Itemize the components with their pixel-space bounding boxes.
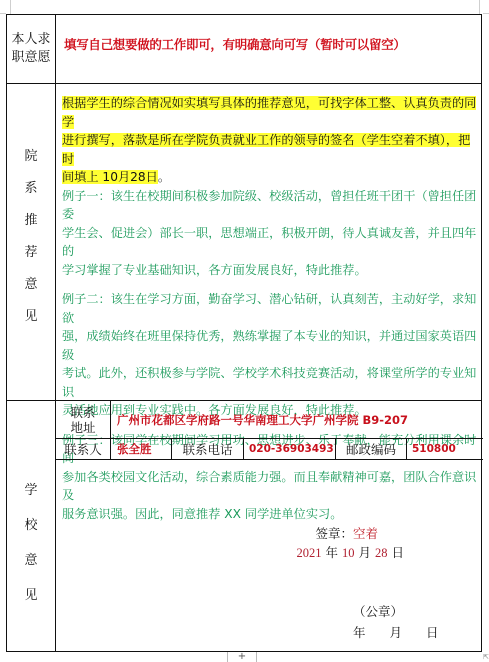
example-line: 学习掌握了专业基础知识，各方面发展良好，特此推荐。 [62, 261, 478, 280]
school-opinion-label: 学 校 意 见 [24, 482, 37, 605]
contact-person-value-cell: 张全胜 [111, 439, 172, 460]
crop-mark [483, 13, 489, 14]
example-line: 考试。此外，还积极参与学院、学校学术科技竞赛活动，将课堂所学的专业知识 [62, 364, 478, 401]
label-char: 意 [24, 552, 37, 570]
phone-value[interactable]: 020-36903493 [244, 443, 334, 455]
school-date-line: 年 月 日 [353, 623, 438, 641]
address-value-cell: 广州市花都区学府路一号华南理工大学广州学院 B9-207 [111, 401, 483, 439]
postcode-value[interactable]: 510800 [407, 443, 456, 455]
label-char: 学 [24, 482, 37, 500]
postcode-label: 邮政编码 [346, 440, 396, 458]
guide-line: 进行撰写，落款是所在学院负责就业工作的领导的签名（学生空着不填），把时 [62, 133, 470, 166]
label-char: 推 [24, 212, 37, 230]
label-line: 职意愿 [11, 49, 50, 67]
crop-mark [10, 0, 11, 14]
label-char: 意 [24, 276, 37, 294]
school-date-year-unit: 年 [353, 625, 366, 640]
school-date-month-unit: 月 [389, 625, 402, 640]
instruction-guide: 根据学生的综合情况如实填写具体的推荐意见，可找字体工整、认真负责的同学 进行撰写… [62, 94, 478, 187]
address-label-line: 地址 [70, 420, 95, 435]
guide-line: 根据学生的综合情况如实填写具体的推荐意见，可找字体工整、认真负责的同学 [62, 96, 476, 129]
school-opinion-area[interactable]: （公章） 年 月 日 [56, 461, 483, 651]
contact-person-label: 联系人 [64, 440, 102, 458]
phone-label-cell: 联系电话 [172, 439, 244, 460]
address-value[interactable]: 广州市花都区学府路一号华南理工大学广州学院 B9-207 [111, 412, 408, 428]
example-line: 例子二：该生在学习方面，勤奋学习、潜心钻研，认真刻苦，主动好学，求知欲 [62, 290, 478, 327]
label-char: 院 [24, 148, 37, 166]
phone-label: 联系电话 [182, 440, 232, 458]
label-char: 见 [24, 587, 37, 605]
official-seal-label: （公章） [353, 602, 403, 620]
address-label-cell: 联系 地址 [56, 401, 111, 439]
label-char: 校 [24, 517, 37, 535]
guide-line: 间填上 10月28日 [62, 170, 158, 184]
example-line: 例子一：该生在校期间积极参加院级、校级活动，曾担任班干团干（曾担任团委 [62, 187, 478, 224]
label-char: 系 [24, 180, 37, 198]
job-intention-row: 本人求 职意愿 填写自己想要做的工作即可，有明确意向可写（暂时可以留空） [7, 15, 481, 84]
example-line: 学生会、促进会）部长一职，思想端正，积极开朗，待人真诚友善，并且四年的 [62, 224, 478, 261]
crop-mark [479, 0, 480, 14]
school-section: 学 校 意 见 联系 地址 广州市花都区学府路一号华南理工大学广州学院 B9-2… [7, 401, 481, 651]
phone-value-cell: 020-36903493 [244, 439, 336, 460]
address-label-line: 联系 [70, 405, 95, 420]
contact-person-label-cell: 联系人 [56, 439, 111, 460]
school-label-cell: 学 校 意 见 [7, 401, 56, 651]
postcode-value-cell: 510800 [407, 439, 483, 460]
label-char: 见 [24, 308, 37, 326]
label-line: 本人求 [11, 31, 50, 49]
contact-info-grid: 联系 地址 广州市花都区学府路一号华南理工大学广州学院 B9-207 联系人 张… [56, 401, 483, 461]
example-one: 例子一：该生在校期间积极参加院级、校级活动，曾担任班干团干（曾担任团委 学生会、… [62, 187, 478, 280]
postcode-label-cell: 邮政编码 [336, 439, 407, 460]
add-row-button[interactable]: + [227, 652, 257, 662]
guide-end-punct: 。 [158, 170, 170, 184]
job-intention-content[interactable]: 填写自己想要做的工作即可，有明确意向可写（暂时可以留空） [64, 35, 406, 53]
job-intention-label-cell: 本人求 职意愿 [7, 15, 56, 83]
department-label-cell: 院 系 推 荐 意 见 [7, 84, 56, 400]
recommendation-form-table: 本人求 职意愿 填写自己想要做的工作即可，有明确意向可写（暂时可以留空） 院 系… [6, 14, 482, 652]
school-date-day-unit: 日 [426, 625, 439, 640]
label-char: 荐 [24, 244, 37, 262]
job-intention-label: 本人求 职意愿 [11, 31, 50, 67]
department-recommendation-row: 院 系 推 荐 意 见 根据学生的综合情况如实填写具体的推荐意见，可找字体工整、… [7, 84, 481, 401]
department-recommendation-label: 院 系 推 荐 意 见 [24, 148, 37, 326]
contact-person-value[interactable]: 张全胜 [111, 441, 152, 457]
example-line: 强，成绩始终在班里保持优秀，熟练掌握了本专业的知识，并通过国家英语四级 [62, 327, 478, 364]
table-resize-handle-icon[interactable]: ⇱ [483, 653, 489, 661]
